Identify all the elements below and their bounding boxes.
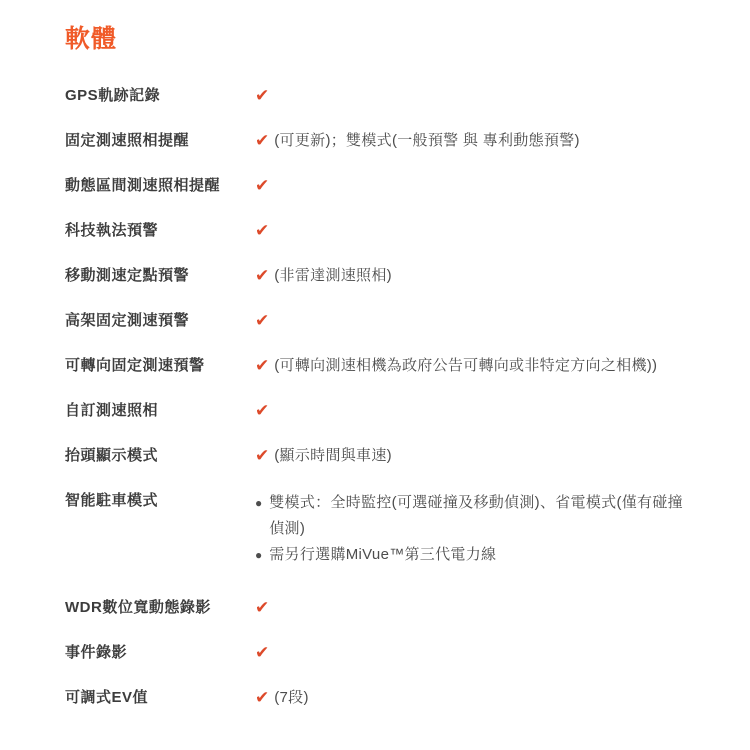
feature-note: (可更新)；雙模式(一般預警 與 專利動態預警) [274,132,580,149]
feature-note: (顯示時間與車速) [274,447,392,464]
feature-value: ✔(可更新)；雙模式(一般預警 與 專利動態預警) [255,130,687,151]
check-icon: ✔ [255,687,269,708]
check-icon: ✔ [255,220,269,241]
feature-row: 固定測速照相提醒 ✔(可更新)；雙模式(一般預警 與 專利動態預警) [65,130,720,151]
bullet-text: 需另行選購MiVue™第三代電力線 [269,542,496,568]
feature-note: (可轉向測速相機為政府公告可轉向或非特定方向之相機)) [274,357,657,374]
feature-value: ✔(7段) [255,687,687,708]
feature-label: 科技執法預警 [65,220,255,241]
bullet-icon: ● [255,490,262,542]
feature-label: 動態區間測速照相提醒 [65,175,255,196]
check-icon: ✔ [255,597,269,618]
feature-label: 自訂測速照相 [65,400,255,421]
check-icon: ✔ [255,400,269,421]
feature-row: 智能駐車模式 ●雙模式：全時監控(可選碰撞及移動偵測)、省電模式(僅有碰撞偵測)… [65,490,720,568]
feature-value: ✔ [255,310,687,331]
feature-row: GPS軌跡記錄 ✔ [65,85,720,106]
feature-label: 固定測速照相提醒 [65,130,255,151]
feature-label: GPS軌跡記錄 [65,85,255,106]
feature-bullet-item: ●需另行選購MiVue™第三代電力線 [255,542,687,568]
feature-value: ✔ [255,597,687,618]
feature-value: ✔(非雷達測速照相) [255,265,687,286]
section-title: 軟體 [65,24,720,54]
feature-value: ✔ [255,85,687,106]
check-icon: ✔ [255,175,269,196]
feature-note: (非雷達測速照相) [274,267,392,284]
feature-row: 動態區間測速照相提醒 ✔ [65,175,720,196]
check-icon: ✔ [255,445,269,466]
feature-value: ✔ [255,220,687,241]
check-icon: ✔ [255,130,269,151]
feature-label: 高架固定測速預警 [65,310,255,331]
bullet-text: 雙模式：全時監控(可選碰撞及移動偵測)、省電模式(僅有碰撞偵測) [269,490,687,542]
feature-label: 抬頭顯示模式 [65,445,255,466]
feature-value: ✔(顯示時間與車速) [255,445,687,466]
feature-row: 科技執法預警 ✔ [65,220,720,241]
feature-value: ✔ [255,642,687,663]
check-icon: ✔ [255,85,269,106]
feature-label: 可轉向固定測速預警 [65,355,255,376]
check-icon: ✔ [255,265,269,286]
feature-label: 事件錄影 [65,642,255,663]
feature-value: ✔ [255,175,687,196]
feature-row: 抬頭顯示模式 ✔(顯示時間與車速) [65,445,720,466]
check-icon: ✔ [255,355,269,376]
feature-bullet-item: ●雙模式：全時監控(可選碰撞及移動偵測)、省電模式(僅有碰撞偵測) [255,490,687,542]
feature-value: ✔ [255,400,687,421]
check-icon: ✔ [255,310,269,331]
feature-row: 可轉向固定測速預警 ✔(可轉向測速相機為政府公告可轉向或非特定方向之相機)) [65,355,720,376]
feature-value: ●雙模式：全時監控(可選碰撞及移動偵測)、省電模式(僅有碰撞偵測)●需另行選購M… [255,490,687,568]
feature-row: WDR數位寬動態錄影 ✔ [65,597,720,618]
feature-row: 自訂測速照相 ✔ [65,400,720,421]
bullet-icon: ● [255,542,262,568]
feature-table: GPS軌跡記錄 ✔ 固定測速照相提醒 ✔(可更新)；雙模式(一般預警 與 專利動… [65,85,720,708]
feature-label: 可調式EV值 [65,687,255,708]
feature-row: 事件錄影 ✔ [65,642,720,663]
feature-label: 智能駐車模式 [65,490,255,511]
feature-row: 高架固定測速預警 ✔ [65,310,720,331]
feature-label: WDR數位寬動態錄影 [65,597,255,618]
feature-value: ✔(可轉向測速相機為政府公告可轉向或非特定方向之相機)) [255,355,687,376]
feature-row: 可調式EV值 ✔(7段) [65,687,720,708]
feature-label: 移動測速定點預警 [65,265,255,286]
spec-section: 軟體 GPS軌跡記錄 ✔ 固定測速照相提醒 ✔(可更新)；雙模式(一般預警 與 … [0,0,750,708]
feature-row: 移動測速定點預警 ✔(非雷達測速照相) [65,265,720,286]
feature-note: (7段) [274,689,309,706]
check-icon: ✔ [255,642,269,663]
